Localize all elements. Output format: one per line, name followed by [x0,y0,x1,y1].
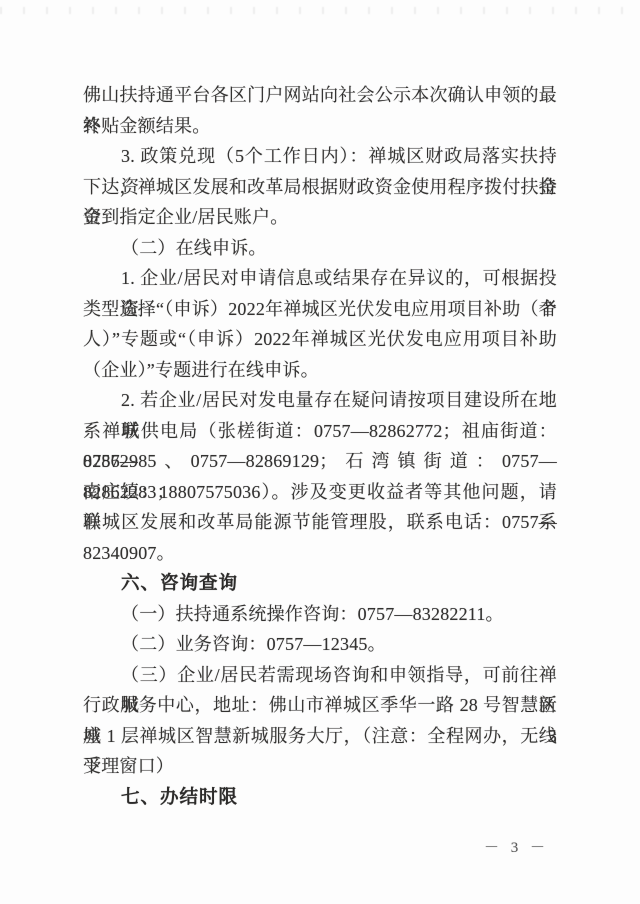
page-number: － 3 － [83,836,557,857]
paragraph-line: 1. 企业/居民对申请信息或结果存在异议的，可根据投资者 [83,263,557,294]
paragraph-line: 类型选择“（申诉）2022年禅城区光伏发电应用项目补助（个 [83,294,557,325]
paragraph-line: 82340907。 [83,538,557,569]
subsection-heading-online-appeal: （二）在线申诉。 [83,233,557,264]
paragraph-line: 2. 若企业/居民对发电量存在疑问请按项目建设所在地联 [83,385,557,416]
section-heading-completion-time: 七、办结时限 [83,782,557,813]
paragraph-line: 3. 政策兑现（5个工作日内）：禅城区财政局落实扶持资金 [83,141,557,172]
scanned-document-page: 佛山扶持通平台各区门户网站向社会公示本次确认申领的最终 补贴金额结果。 3. 政… [0,0,640,904]
paragraph-line: 禅城区发展和改革局能源节能管理股，联系电话：0757— [83,507,557,538]
paragraph-line: 下达，禅城区发展和改革局根据财政资金使用程序拨付扶持资 [83,172,557,203]
paragraph-line: 补贴金额结果。 [83,111,557,142]
paragraph-line: 座 1 层禅城区智慧新城服务大厅，（注意：全程网办，无线下 [83,721,557,752]
paragraph-line: 金到指定企业/居民账户。 [83,202,557,233]
paragraph-line: 系禅城供电局（张槎街道：0757—82862772；祖庙街道：0757— [83,416,557,447]
paragraph-line: （一）扶持通系统操作咨询：0757—83282211。 [83,599,557,630]
document-body: 佛山扶持通平台各区门户网站向社会公示本次确认申领的最终 补贴金额结果。 3. 政… [83,80,557,812]
paragraph-line: 佛山扶持通平台各区门户网站向社会公示本次确认申领的最终 [83,80,557,111]
paragraph-line: 南庄镇：18807575036）。涉及变更收益者等其他问题，请联系 [83,477,557,508]
paragraph-line: 行政服务中心，地址：佛山市禅城区季华一路 28 号智慧新城 3 [83,690,557,721]
paragraph-line: 人）”专题或“（申诉）2022年禅城区光伏发电应用项目补助 [83,324,557,355]
paragraph-line: 受理窗口） [83,751,557,782]
paragraph-line: （二）业务咨询：0757—12345。 [83,629,557,660]
paragraph-line: 82862985、0757—82869129；石湾镇街道：0757—828622… [83,446,557,477]
section-heading-consultation: 六、咨询查询 [83,568,557,599]
paragraph-line: （三）企业/居民若需现场咨询和申领指导，可前往禅城区 [83,660,557,691]
scan-artifact-strip [0,7,640,14]
paragraph-line: （企业）”专题进行在线申诉。 [83,355,557,386]
